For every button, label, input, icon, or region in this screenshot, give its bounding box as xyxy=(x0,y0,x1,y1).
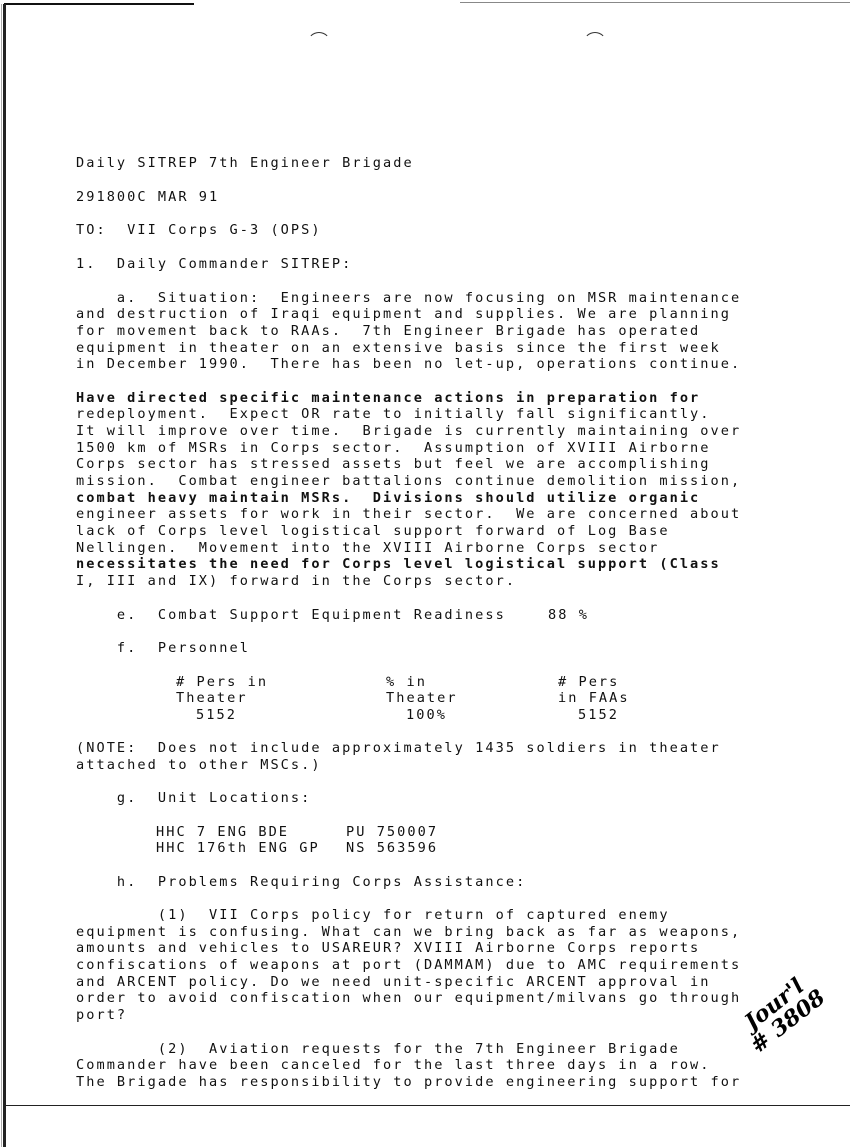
addressee: TO: VII Corps G-3 (OPS) xyxy=(76,222,322,239)
table-header: # Pers xyxy=(558,674,619,691)
paragraph-line: The Brigade has responsibility to provid… xyxy=(76,1074,741,1091)
table-cell: 100% xyxy=(406,707,447,724)
paragraph-line: I, III and IX) forward in the Corps sect… xyxy=(76,573,516,590)
table-header: in FAAs xyxy=(558,690,630,707)
paragraph-line: and ARCENT policy. Do we need unit-speci… xyxy=(76,974,711,991)
paragraph-line: amounts and vehicles to USAREUR? XVIII A… xyxy=(76,940,700,957)
personnel-heading: f. Personnel xyxy=(76,640,250,657)
paragraph-line: equipment in theater on an extensive bas… xyxy=(76,340,721,357)
table-header: Theater xyxy=(176,690,248,707)
paragraph-line: lack of Corps level logistical support f… xyxy=(76,523,670,540)
handwritten-annotation: Jour'l # 3808 xyxy=(729,965,850,1090)
paragraph-line: engineer assets for work in their sector… xyxy=(76,506,741,523)
hole-punch-mark xyxy=(307,32,331,56)
unit-name: HHC 7 ENG BDE xyxy=(156,824,289,841)
table-cell: 5152 xyxy=(196,707,237,724)
paragraph-line: Have directed specific maintenance actio… xyxy=(76,390,700,407)
paragraph-line: Corps sector has stressed assets but fee… xyxy=(76,456,711,473)
table-header: % in xyxy=(386,674,427,691)
paragraph-line: (2) Aviation requests for the 7th Engine… xyxy=(76,1041,680,1058)
top-border-line xyxy=(4,3,194,5)
readiness-value: 88 % xyxy=(548,607,589,624)
paragraph-line: in December 1990. There has been no let-… xyxy=(76,356,741,373)
unit-grid: PU 750007 xyxy=(346,824,438,841)
note-line: (NOTE: Does not include approximately 14… xyxy=(76,740,721,757)
paragraph-line: and destruction of Iraqi equipment and s… xyxy=(76,306,731,323)
unit-name: HHC 176th ENG GP xyxy=(156,840,320,857)
paragraph-line: mission. Combat engineer battalions cont… xyxy=(76,473,741,490)
paragraph-line: order to avoid confiscation when our equ… xyxy=(76,990,741,1007)
date-time-group: 291800C MAR 91 xyxy=(76,189,219,206)
hole-punch-mark xyxy=(583,32,607,56)
table-header: # Pers in xyxy=(176,674,268,691)
note-line: attached to other MSCs.) xyxy=(76,757,322,774)
problems-heading: h. Problems Requiring Corps Assistance: xyxy=(76,874,526,891)
document-page: Daily SITREP 7th Engineer Brigade 291800… xyxy=(0,0,850,1147)
paragraph-line: Commander have been canceled for the las… xyxy=(76,1057,711,1074)
paragraph-line: combat heavy maintain MSRs. Divisions sh… xyxy=(76,490,700,507)
paragraph-line: Nellingen. Movement into the XVIII Airbo… xyxy=(76,540,659,557)
paragraph-line: redeployment. Expect OR rate to initiall… xyxy=(76,406,711,423)
readiness-label: e. Combat Support Equipment Readiness xyxy=(76,607,506,624)
paragraph-line: confiscations of weapons at port (DAMMAM… xyxy=(76,957,741,974)
document-title: Daily SITREP 7th Engineer Brigade xyxy=(76,155,414,172)
bottom-border-line xyxy=(6,1105,850,1106)
paragraph-line: port? xyxy=(76,1007,127,1024)
paragraph-line: for movement back to RAAs. 7th Engineer … xyxy=(76,323,700,340)
table-header: Theater xyxy=(386,690,458,707)
top-border-line-faint xyxy=(460,2,850,3)
left-border-shadow xyxy=(1,4,2,1147)
paragraph-line: (1) VII Corps policy for return of captu… xyxy=(76,907,670,924)
paragraph-line: It will improve over time. Brigade is cu… xyxy=(76,423,741,440)
paragraph-line: 1500 km of MSRs in Corps sector. Assumpt… xyxy=(76,440,711,457)
paragraph-line: a. Situation: Engineers are now focusing… xyxy=(76,290,741,307)
unit-locations-heading: g. Unit Locations: xyxy=(76,790,311,807)
unit-grid: NS 563596 xyxy=(346,840,438,857)
section-1-heading: 1. Daily Commander SITREP: xyxy=(76,256,352,273)
paragraph-line: necessitates the need for Corps level lo… xyxy=(76,556,721,573)
paragraph-line: equipment is confusing. What can we brin… xyxy=(76,924,741,941)
table-cell: 5152 xyxy=(578,707,619,724)
left-border-line xyxy=(3,4,6,1147)
